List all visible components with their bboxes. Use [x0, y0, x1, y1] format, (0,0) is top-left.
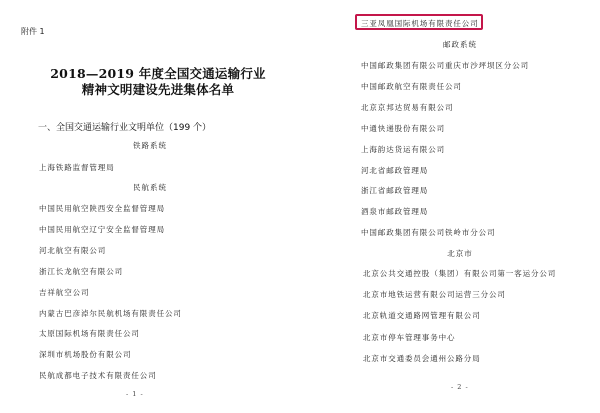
list-item: 北京公共交通控股（集团）有限公司第一客运分公司: [363, 268, 556, 279]
list-item: 中通快递股份有限公司: [361, 123, 445, 134]
list-item: 上海铁路监督管理局: [39, 162, 115, 173]
list-item: 浙江长龙航空有限公司: [39, 266, 123, 277]
category-railway: 铁路系统: [0, 140, 300, 151]
list-item: 河北航空有限公司: [39, 245, 106, 256]
document-page-1: 附件 1 2018—2019 年度全国交通运输行业 精神文明建设先进集体名单 一…: [0, 0, 300, 413]
list-item: 河北省邮政管理局: [361, 165, 428, 176]
list-item: 北京市停车管理事务中心: [363, 332, 455, 343]
attachment-label: 附件 1: [21, 26, 45, 37]
list-item: 中国邮政航空有限责任公司: [361, 81, 462, 92]
highlight-annotation-box: [355, 14, 483, 30]
list-item: 内蒙古巴彦淖尔民航机场有限责任公司: [39, 308, 182, 319]
list-item: 北京京邦达贸易有限公司: [361, 102, 453, 113]
document-page-2: 三亚凤凰国际机场有限责任公司 邮政系统 中国邮政集团有限公司重庆市沙坪坝区分公司…: [300, 0, 600, 413]
list-item: 中国民用航空陕西安全监督管理局: [39, 203, 165, 214]
list-item: 北京市地铁运营有限公司运营三分公司: [363, 289, 506, 300]
category-postal: 邮政系统: [310, 39, 600, 50]
list-item: 北京市交通委员会通州公路分局: [363, 353, 481, 364]
list-item: 北京轨道交通路网管理有限公司: [363, 310, 481, 321]
list-item: 浙江省邮政管理局: [361, 185, 428, 196]
list-item: 中国民用航空辽宁安全监督管理局: [39, 224, 165, 235]
page-number: - 1 -: [126, 390, 144, 398]
list-item: 民航成都电子技术有限责任公司: [39, 370, 157, 381]
document-title-line-2: 精神文明建设先进集体名单: [8, 80, 308, 98]
list-item: 上海韵达货运有限公司: [361, 144, 445, 155]
list-item: 深圳市机场股份有限公司: [39, 349, 131, 360]
page-number: - 2 -: [451, 383, 469, 391]
list-item: 酒泉市邮政管理局: [361, 206, 428, 217]
section-heading: 一、全国交通运输行业文明单位（199 个）: [38, 120, 211, 133]
list-item: 吉祥航空公司: [39, 287, 89, 298]
category-civil-aviation: 民航系统: [0, 182, 300, 193]
list-item: 中国邮政集团有限公司铁岭市分公司: [361, 227, 495, 238]
list-item: 太原国际机场有限责任公司: [39, 328, 140, 339]
category-beijing: 北京市: [310, 248, 600, 259]
list-item: 中国邮政集团有限公司重庆市沙坪坝区分公司: [361, 60, 529, 71]
